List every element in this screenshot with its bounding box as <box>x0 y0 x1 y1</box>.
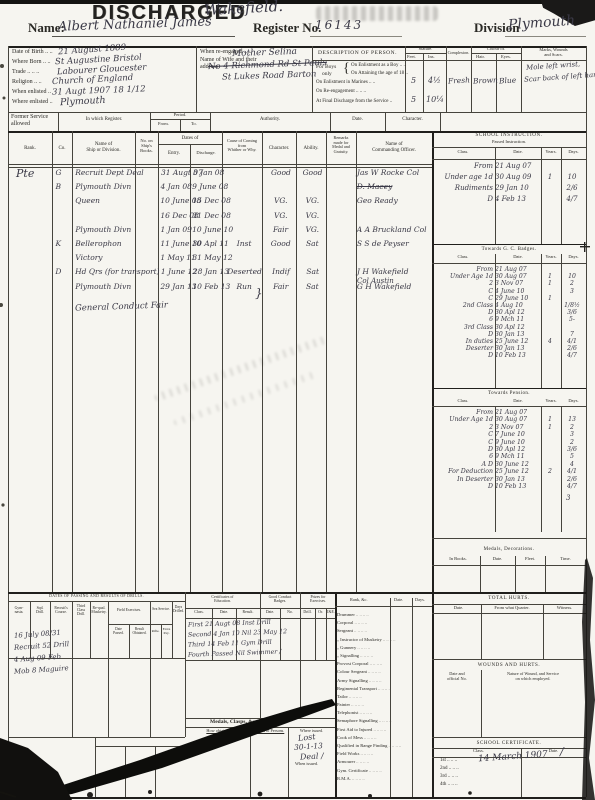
to-col: To. <box>191 122 197 127</box>
divider <box>481 670 482 737</box>
officer-cell: S S de Peyser <box>357 239 432 253</box>
ship-cell: Queen <box>75 196 137 210</box>
pension-row: D 10 Feb 13 4/7 <box>433 483 585 490</box>
gc-badges-row: D 10 Feb 13 4/7 <box>433 352 585 359</box>
desc-row-boy: On Enlistment as a Boy .. .. <box>351 63 406 69</box>
pension-row: D 30 Apl 12 3/6 <box>433 446 585 453</box>
field-label-where-enlisted: Where enlisted .. <box>12 99 53 106</box>
divider <box>90 602 91 658</box>
qualification-item: Cook of Mess <box>337 735 431 743</box>
divider <box>432 147 586 148</box>
divider <box>471 46 472 112</box>
g3-or-col: Or. <box>315 610 326 614</box>
period-col: Period. <box>150 113 210 118</box>
col-character: Character. <box>262 146 296 152</box>
badges-handwriting: First 21 Augt 08 Inst DrillSecond 4 Jan … <box>188 620 287 660</box>
gc-badges-title: Towards G. C. Badges. <box>432 247 586 253</box>
divider <box>432 244 586 245</box>
enlist-complexion: Fresh <box>448 75 470 85</box>
col-cause: Cause of Coming from Whither or Why. <box>222 139 262 153</box>
officer-cell: Geo Ready <box>357 196 432 210</box>
register-col: In which Register. <box>58 117 150 123</box>
divider <box>129 624 130 658</box>
where-enlisted-value: Plymouth <box>60 95 106 108</box>
ability-cell: Sat <box>298 282 328 296</box>
qualification-item: „ Gunnery <box>337 645 431 653</box>
wakefield-annotation: Wakefield. <box>204 0 284 19</box>
enlist-feet: 5 <box>411 76 416 85</box>
instruction-row: Rudiments 29 Jan 10 2/6 <box>433 184 585 195</box>
closing-brace-note: } <box>255 286 263 300</box>
service-table-row: Plymouth Divn 1 Jan 09 10 June 10 Fair V… <box>8 225 432 239</box>
gc-badges-row: D 30 Jan 13 7 <box>433 331 585 338</box>
qualification-item: Colour Sergeant <box>337 669 431 677</box>
when-issued-label: When issued. <box>295 762 318 767</box>
cause-cell <box>224 182 264 196</box>
service-table-row: K Bellerophon 11 June 10 30 Apl 11 Inst … <box>8 239 432 253</box>
officer-cell: J H WakefieldCol Austin <box>357 267 432 281</box>
qualifications-list: DrummerCorporalSergeant„ Instructor of M… <box>337 612 431 784</box>
ship-cell: Hd Qrs (for transport) <box>75 267 138 281</box>
entry-date-cell: 1 Jan 09 <box>160 225 192 239</box>
ship-cell: Plymouth Divn <box>75 282 137 296</box>
desc-row-enlist: On Enlistment in Marines .. .. <box>316 80 375 86</box>
field-label-dob: Date of Birth .. .. <box>12 49 53 56</box>
qualification-item: Tailor <box>337 694 431 702</box>
ability-cell: Sat <box>298 267 328 281</box>
service-table-row: D Hd Qrs (for transport) 1 June 12 28 Ja… <box>8 267 432 281</box>
general-conduct-note: General Conduct Fair <box>75 300 168 313</box>
ship-cell: Victory <box>75 253 137 267</box>
desc-row-18: On Attaining the age of 18 .. <box>351 71 408 77</box>
hair-col: Hair. <box>476 55 485 60</box>
col-class: Class. <box>433 399 493 404</box>
col-time: Time. <box>545 557 586 562</box>
g2-no-col: No. <box>280 610 300 614</box>
gc-badges-row: Under Age 1d 30 Aug 07 1 10 <box>433 273 585 280</box>
col-rank: Rank. <box>8 146 52 152</box>
school-cert-tick: / <box>560 745 564 758</box>
discharge-date-cell: 15 Dec 08 <box>192 196 224 210</box>
medals-clasps-title: Medals, Clasps, &c. <box>210 719 257 725</box>
col-co: Co. <box>52 146 72 152</box>
discharge-date-cell: 9 June 08 <box>192 182 224 196</box>
character-cell: Good <box>264 168 298 182</box>
g1-result-col: Result. <box>236 610 260 614</box>
entry-date-cell: 16 Dec 08 <box>160 211 192 225</box>
cause-cell <box>224 196 264 210</box>
divider <box>125 746 126 797</box>
officer-cell: A A Bruckland Col <box>357 225 432 239</box>
eyes-col: Eyes. <box>501 55 511 60</box>
qualification-item: „ Signalling <box>337 653 431 661</box>
divider <box>150 119 210 120</box>
character-cell: VG. <box>264 211 298 225</box>
field-label-religion: Religion .. .. <box>12 79 42 86</box>
gc-badges-rows: From 21 Aug 07 Under Age 1d 30 Aug 07 1 … <box>433 266 585 359</box>
pension-total-note: 3 <box>566 494 570 502</box>
col-date: Date. <box>495 255 541 260</box>
discharge-date-cell: 31 Dec 08 <box>192 211 224 225</box>
officer-cell: G H Wakefield <box>357 282 432 296</box>
col-medal: Remarks made for Medal and Gratuity. <box>326 136 356 154</box>
service-rows: G Recruit Dept Deal 31 Augt 07 3 Jan 08 … <box>8 168 432 296</box>
officer-cell: D. Macey <box>357 182 432 196</box>
col-ability: Ability. <box>296 146 326 152</box>
service-table-row: 16 Dec 08 31 Dec 08 VG. VG. <box>8 211 432 225</box>
pension-row: C 7 June 10 3 <box>433 431 585 438</box>
brace-glyph: { <box>343 61 350 76</box>
col-how-obtained: How obtained. <box>188 729 250 734</box>
divider <box>196 46 197 112</box>
cause-cell <box>224 211 264 225</box>
col-date: Date. <box>480 557 515 562</box>
ability-cell: Good <box>298 168 328 182</box>
stature-col: Stature. <box>405 47 446 52</box>
pension-row: In Deserter 30 Jan 13 2/6 <box>433 476 585 483</box>
colour-of-col: Colour of. <box>471 47 521 52</box>
character-cell: Fair <box>264 282 298 296</box>
divider <box>481 604 482 659</box>
wife-line3: St Lukes Road Barton <box>222 69 317 82</box>
wife-line1: Mother Selina <box>232 47 297 59</box>
divider <box>586 46 587 797</box>
service-table-row: Victory 1 May 11 31 May 12 <box>8 253 432 267</box>
scan-edge-top <box>0 0 595 4</box>
qualification-item: Field Works <box>337 751 431 759</box>
divider <box>172 602 173 658</box>
g3-drill-col: Drill. <box>300 610 315 614</box>
col-class: Class. <box>433 255 493 260</box>
col-years: Years. <box>541 150 561 155</box>
col-date: Date. <box>436 606 481 611</box>
drills-sub-date-passed: Date Passed. <box>108 628 129 636</box>
field-label-when-enlisted: When enlisted .. <box>12 89 51 96</box>
cause-cell: Inst <box>224 239 264 253</box>
col-from-what-quarter: From what Quarter. <box>481 606 543 611</box>
character-cell: Fair <box>264 225 298 239</box>
fs-date-col: Date. <box>330 117 385 123</box>
drills-col-recruits-course: Recruit's Course. <box>50 606 72 614</box>
desc-row-discharge: At Final Discharge from the Service .. <box>316 99 392 105</box>
qualification-item: Telephonist <box>337 710 431 718</box>
qualification-item: Semaphore Signalling <box>337 718 431 726</box>
qualification-item: Gym. Certificate <box>337 768 431 776</box>
divider <box>185 718 335 719</box>
divider <box>432 565 586 566</box>
instruction-row: D 4 Feb 13 4/7 <box>433 195 585 206</box>
register-label: Register No. <box>253 21 321 35</box>
officer-struck: D. Macey <box>357 182 393 191</box>
divider <box>8 46 9 797</box>
pension-rows: From 21 Aug 07 Under Age 1d 30 Aug 07 1 … <box>433 409 585 490</box>
col-days: Days. <box>561 255 586 260</box>
drills-sub-rifle: Rifle. <box>150 630 161 634</box>
instruction-rows: From 21 Aug 07 Under age 1d 30 Aug 09 1 … <box>433 162 585 206</box>
divider <box>432 263 586 264</box>
ship-cell: Plymouth Divn <box>75 182 137 196</box>
col-in-books: In Books. <box>436 557 480 562</box>
qualification-item: First Aid to Injured <box>337 727 431 735</box>
co-cell <box>52 211 76 225</box>
gc-badges-row: 3rd Class 30 Apl 12 <box>433 324 585 331</box>
col-witness: Witness. <box>543 606 586 611</box>
divider <box>155 746 156 797</box>
divider <box>250 727 251 797</box>
cause-cell: Deserted <box>225 267 264 281</box>
faint-diagonal-smudge <box>154 336 327 402</box>
qualification-item: Painter <box>337 702 431 710</box>
drills-group-field-exercises: Field Exercises. <box>108 608 150 612</box>
register-underline <box>310 36 402 37</box>
officer-cell <box>357 211 432 225</box>
enlist-eyes: Blue <box>499 76 517 86</box>
service-table-row: B Plymouth Divn 4 Jan 08 9 June 08 D. Ma… <box>8 182 432 196</box>
desc-row-reengage: On Re-engagement .. .. .. <box>316 89 366 95</box>
hurts-title: TOTAL HURTS. <box>432 596 586 602</box>
col-date-official-no: Date and official No. <box>434 672 480 681</box>
co-cell: D <box>51 267 75 281</box>
drills-col-sqd-drill: Sqd. Drill. <box>30 606 50 614</box>
service-table-row: Plymouth Divn 29 Jan 13 10 Feb 13 Run Fa… <box>8 282 432 296</box>
instruction-subtitle: Passed Instruction. <box>432 140 586 145</box>
entry-date-cell: 10 June 08 <box>160 196 192 210</box>
divider <box>288 727 289 797</box>
drills-title: DATES OF PASSING AND RESULTS OF DRILLS. <box>8 594 185 598</box>
g3-te-col: T&E. <box>326 610 335 614</box>
school-cert-row: 2nd .. .. .. <box>440 766 516 774</box>
discharge-date-cell: 31 May 12 <box>192 253 224 267</box>
drills-sub-result: Result Obtained. <box>129 628 150 636</box>
school-cert-row: 4th .. .. .. <box>440 782 516 790</box>
divider <box>335 606 432 607</box>
col-class: Class. <box>433 150 493 155</box>
divider <box>300 592 301 718</box>
group-certificates-education: Certificates of Education. <box>185 595 260 604</box>
qualification-item: Qualified in Range Finding <box>337 743 431 751</box>
qual-header-days: Days. <box>415 598 425 603</box>
discharge-date-cell: 10 Feb 13 <box>192 282 224 296</box>
medals-hw-date: 30-1-13 <box>294 741 323 752</box>
drills-hw-line: Mob 8 Maguire <box>14 664 70 680</box>
instruction-row: Under age 1d 30 Aug 09 1 10 <box>433 173 585 184</box>
co-cell: K <box>52 239 76 253</box>
divider <box>432 659 586 660</box>
authority-col: Authority. <box>210 117 330 123</box>
divider <box>432 613 586 614</box>
ship-cell: Bellerophon <box>75 239 137 253</box>
complexion-col: Complexion. <box>446 51 471 56</box>
school-cert-row: 3rd .. .. .. <box>440 774 516 782</box>
divider <box>326 608 327 660</box>
co-cell <box>52 225 76 239</box>
enlist-ins: 4½ <box>428 76 441 85</box>
badges-hw-line: Fourth Passed Nil Swimmer / <box>188 648 287 661</box>
cause-cell <box>224 225 264 239</box>
divider <box>150 602 151 737</box>
pension-row: For Deduction 25 June 12 2 4/1 <box>433 468 585 475</box>
ship-cell <box>75 211 137 225</box>
discharge-feet: 5 <box>411 95 416 104</box>
officer-cell: Jas W Rocke Col <box>357 168 432 182</box>
drills-col-third-class-drill: Third Class Drill. <box>72 604 90 617</box>
cause-cell <box>225 168 265 182</box>
discharge-date-cell: 30 Apl 11 <box>192 239 224 253</box>
divider <box>515 556 516 592</box>
divider <box>108 624 172 625</box>
discharge-date-cell: 10 June 10 <box>192 225 224 239</box>
from-col: From. <box>158 122 169 127</box>
division-underline <box>505 36 586 37</box>
ship-cell: Plymouth Divn <box>75 225 137 239</box>
qualification-item: Provost Corporal <box>337 661 431 669</box>
marks-line-1: Mole left wrist, <box>526 60 581 72</box>
col-officer: Name of Commanding Officer. <box>356 142 432 153</box>
divider <box>8 112 586 113</box>
g1-date-col: Date. <box>212 610 236 614</box>
service-table-row: Queen 10 June 08 15 Dec 08 VG. VG. Geo R… <box>8 196 432 210</box>
character-cell <box>264 182 298 196</box>
discharge-ins: 10¼ <box>426 95 444 104</box>
qualification-item: Corporal <box>337 620 431 628</box>
drills-sub-extra-pay: Extra Pay. <box>161 628 172 636</box>
ability-cell <box>297 182 327 196</box>
divider <box>8 797 586 799</box>
col-entry: Entry. <box>158 151 190 157</box>
wounds-title: WOUNDS AND HURTS. <box>432 663 586 669</box>
gc-badges-row: 6 9 Mch 11 5- <box>433 316 585 323</box>
brace-label-2: only <box>322 71 332 77</box>
co-cell: G <box>51 168 75 182</box>
officer-cell <box>357 253 432 267</box>
col-days: Days. <box>561 399 586 404</box>
qual-header-date: Date. <box>394 598 403 603</box>
description-title: DESCRIPTION OF PERSON. <box>318 50 397 56</box>
qualification-item: Drummer <box>337 612 431 620</box>
divider <box>312 60 586 61</box>
divider <box>180 120 181 131</box>
ability-cell: VG. <box>297 225 327 239</box>
qualification-item: R.M.A. <box>337 776 431 784</box>
medals-section-title: Medals, Decorations. <box>432 547 586 553</box>
division-value: Plymouth <box>508 13 576 34</box>
service-table-row: G Recruit Dept Deal 31 Augt 07 3 Jan 08 … <box>8 168 432 182</box>
cause-cell <box>224 253 264 267</box>
ability-cell <box>298 253 328 267</box>
gc-badges-row: From 21 Aug 07 <box>433 266 585 273</box>
divider <box>8 601 185 602</box>
co-cell: B <box>52 182 76 196</box>
instruction-row: From 21 Aug 07 <box>433 162 585 173</box>
gc-badges-row: Deserter 30 Jan 13 2/6 <box>433 345 585 352</box>
col-names-of-persons: Names of Persons. <box>250 729 288 734</box>
co-cell <box>52 282 76 296</box>
character-cell <box>264 253 298 267</box>
col-years: Years. <box>541 399 561 404</box>
entry-date-cell: 31 Augt 07 <box>161 168 193 182</box>
scanned-service-record: DISCHARGED Wakefield. Name: Albert Natha… <box>0 0 595 800</box>
gc-badges-row: C 29 June 10 1 <box>433 295 585 302</box>
col-discharge: Discharge. <box>190 151 222 156</box>
gc-badges-row: D 30 Apl 12 3/6 <box>433 309 585 316</box>
g2-date-col: Date. <box>260 610 280 614</box>
pension-row: A D 30 June 12 4 <box>433 461 585 468</box>
ability-cell: VG. <box>298 196 328 210</box>
marks-col: Marks, Wounds and Scars. <box>521 48 586 58</box>
divider <box>545 556 546 592</box>
entry-date-cell: 1 May 11 <box>160 253 192 267</box>
qualification-item: Armourer <box>337 759 431 767</box>
gc-badges-row: 2nd Class 4 Aug 10 1/8½ <box>433 302 585 309</box>
qual-header-rank: Rank, &c. <box>350 598 368 603</box>
brace-label-1: For Boys <box>316 64 336 70</box>
col-ship: Name of Ship or Division. <box>72 142 135 153</box>
divider <box>315 608 316 660</box>
pension-row: C 9 June 10 2 <box>433 439 585 446</box>
pension-title: Towards Pension. <box>432 391 586 397</box>
ability-cell: VG. <box>298 211 328 225</box>
co-cell <box>52 253 76 267</box>
register-value: 16143 <box>315 18 363 32</box>
divider <box>543 604 544 659</box>
pension-row: From 21 Aug 07 <box>433 409 585 416</box>
gc-badges-row: C 4 June 10 3 <box>433 288 585 295</box>
col-date: Date. <box>495 150 541 155</box>
former-service-label: Former Service allowed <box>11 114 48 127</box>
divider <box>440 112 441 131</box>
col-years: Years. <box>541 255 561 260</box>
entry-date-cell: 29 Jan 13 <box>160 282 192 296</box>
drills-handwriting: 16 July 08/31Recruit 52 Drill4 Aug 09 Fe… <box>14 630 69 678</box>
ins-col: Ins. <box>428 55 435 60</box>
qualification-item: „ Instructor of Musketry <box>337 637 431 645</box>
discharge-date-cell: 3 Jan 08 <box>193 168 225 182</box>
divider <box>405 46 406 112</box>
field-label-trade: Trade .. .. .. <box>12 69 39 76</box>
character-cell: Good <box>264 239 298 253</box>
pension-row: 6 9 Mch 11 5 <box>433 453 585 460</box>
ability-cell: Sat <box>298 239 328 253</box>
co-cell <box>52 196 76 210</box>
qualification-item: Army Signalling <box>337 678 431 686</box>
g1-class-col: Class. <box>186 610 212 614</box>
fs-character-col: Character. <box>385 117 440 123</box>
divider <box>432 406 586 407</box>
drills-group-sea-service: Sea Service. <box>150 608 172 612</box>
col-books: No. on Ship's Books. <box>135 139 158 154</box>
qualification-item: Regimental Transport <box>337 686 431 694</box>
feet-col: Feet. <box>407 55 416 60</box>
group-good-conduct-badges: Good Conduct Badges. <box>260 595 300 604</box>
col-dates: Dates of <box>158 136 222 142</box>
entry-date-cell: 4 Jan 08 <box>160 182 192 196</box>
divider <box>161 624 162 658</box>
divider <box>446 46 447 112</box>
name-underline <box>52 36 235 37</box>
col-days: Days. <box>561 150 586 155</box>
character-cell: VG. <box>264 196 298 210</box>
qualification-item: Sergeant <box>337 628 431 636</box>
divider <box>95 746 185 747</box>
entry-date-cell: 1 June 12 <box>161 267 193 281</box>
enlist-hair: Brown <box>473 75 498 85</box>
drills-col-gymnasia: Gym- nasia. <box>8 606 30 614</box>
group-prizes-exercises: Prizes for Exercises. <box>300 595 336 604</box>
divider <box>423 54 424 112</box>
divider <box>108 602 109 737</box>
divider <box>72 602 73 737</box>
divider <box>8 737 185 738</box>
